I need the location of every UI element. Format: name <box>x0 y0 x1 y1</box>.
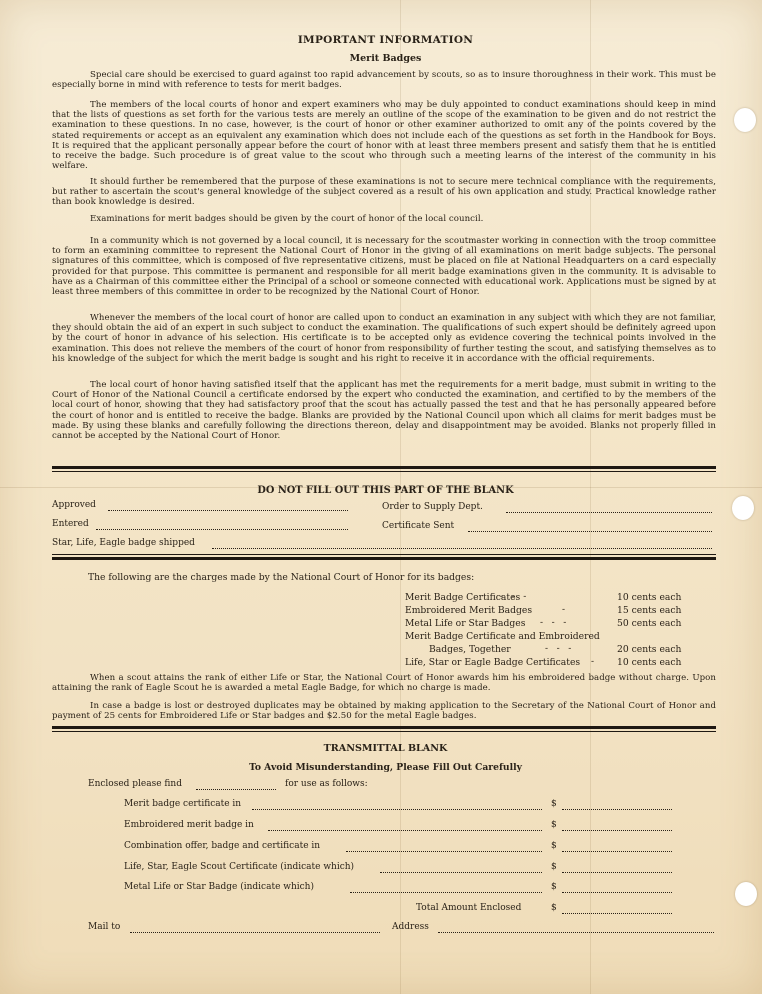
address-field[interactable] <box>438 932 714 933</box>
charge-price: 10 cents each <box>617 592 681 603</box>
divider <box>52 557 716 560</box>
address-label: Address <box>392 922 429 932</box>
transmittal-subtitle: To Avoid Misunderstanding, Please Fill O… <box>0 762 771 773</box>
paragraph: The local court of honor having satisfie… <box>52 380 716 441</box>
charge-label: Metal Life or Star Badges <box>405 618 525 629</box>
approved-field[interactable] <box>108 510 348 511</box>
charge-label: Embroidered Merit Badges <box>405 605 532 616</box>
line-label: Combination offer, badge and certificate… <box>124 841 320 851</box>
approved-label: Approved <box>52 500 96 510</box>
transmittal-title: TRANSMITTAL BLANK <box>0 743 771 754</box>
charge-label: Life, Star or Eagle Badge Certificates <box>405 657 580 668</box>
divider <box>52 554 716 555</box>
amount-field[interactable] <box>562 851 672 852</box>
punch-hole-middle <box>732 496 754 520</box>
divider <box>52 466 716 469</box>
entered-field[interactable] <box>96 529 348 530</box>
charges-intro: The following are the charges made by th… <box>88 572 474 583</box>
page-title: IMPORTANT INFORMATION <box>0 34 771 46</box>
dollar-sign: $ <box>551 799 557 809</box>
dollar-sign: $ <box>551 820 557 830</box>
charge-label: Merit Badge Certificate and Embroidered <box>405 631 600 642</box>
certificate-sent-field[interactable] <box>468 531 712 532</box>
charge-label-continued: Badges, Together <box>429 644 511 655</box>
dollar-sign: $ <box>551 841 557 851</box>
amount-field[interactable] <box>562 892 672 893</box>
charge-price: 20 cents each <box>617 644 681 655</box>
line-label: Life, Star, Eagle Scout Certificate (ind… <box>124 862 354 872</box>
line-label: Merit badge certificate in <box>124 799 241 809</box>
mail-to-label: Mail to <box>88 922 120 932</box>
charge-price: 10 cents each <box>617 657 681 668</box>
paragraph: Whenever the members of the local court … <box>52 313 716 364</box>
paragraph: The members of the local courts of honor… <box>52 100 716 171</box>
line-field[interactable] <box>380 872 542 873</box>
badge-shipped-field[interactable] <box>212 548 712 549</box>
office-section-title: DO NOT FILL OUT THIS PART OF THE BLANK <box>0 485 771 496</box>
line-field[interactable] <box>346 851 542 852</box>
mail-to-field[interactable] <box>130 932 380 933</box>
line-field[interactable] <box>268 830 542 831</box>
punch-hole-bottom <box>735 882 757 906</box>
document-page: IMPORTANT INFORMATION Merit Badges Speci… <box>0 0 762 994</box>
certificate-sent-label: Certificate Sent <box>382 521 454 531</box>
entered-label: Entered <box>52 519 89 529</box>
paragraph: In case a badge is lost or destroyed dup… <box>52 701 716 721</box>
section-subtitle: Merit Badges <box>0 53 771 64</box>
enclosed-label: Enclosed please find <box>88 779 182 789</box>
divider <box>52 726 716 729</box>
amount-field[interactable] <box>562 830 672 831</box>
line-field[interactable] <box>350 892 542 893</box>
paragraph: Examinations for merit badges should be … <box>52 214 716 224</box>
line-label: Metal Life or Star Badge (indicate which… <box>124 882 314 892</box>
paragraph: Special care should be exercised to guar… <box>52 70 716 90</box>
line-field[interactable] <box>252 809 542 810</box>
dollar-sign: $ <box>551 862 557 872</box>
enclosed-field[interactable] <box>196 789 276 790</box>
enclosed-suffix: for use as follows: <box>285 779 368 789</box>
order-to-supply-label: Order to Supply Dept. <box>382 502 483 512</box>
divider <box>52 731 716 732</box>
badge-shipped-label: Star, Life, Eagle badge shipped <box>52 538 195 548</box>
charge-price: 15 cents each <box>617 605 681 616</box>
paragraph: When a scout attains the rank of either … <box>52 673 716 693</box>
amount-field[interactable] <box>562 872 672 873</box>
paragraph: It should further be remembered that the… <box>52 177 716 208</box>
line-label: Embroidered merit badge in <box>124 820 254 830</box>
dollar-sign: $ <box>551 903 557 913</box>
divider <box>52 471 716 472</box>
total-amount-field[interactable] <box>562 913 672 914</box>
total-label: Total Amount Enclosed <box>416 903 521 913</box>
amount-field[interactable] <box>562 809 672 810</box>
order-to-supply-field[interactable] <box>506 512 712 513</box>
paragraph: In a community which is not governed by … <box>52 236 716 297</box>
charge-price: 50 cents each <box>617 618 681 629</box>
dollar-sign: $ <box>551 882 557 892</box>
punch-hole-top <box>734 108 756 132</box>
